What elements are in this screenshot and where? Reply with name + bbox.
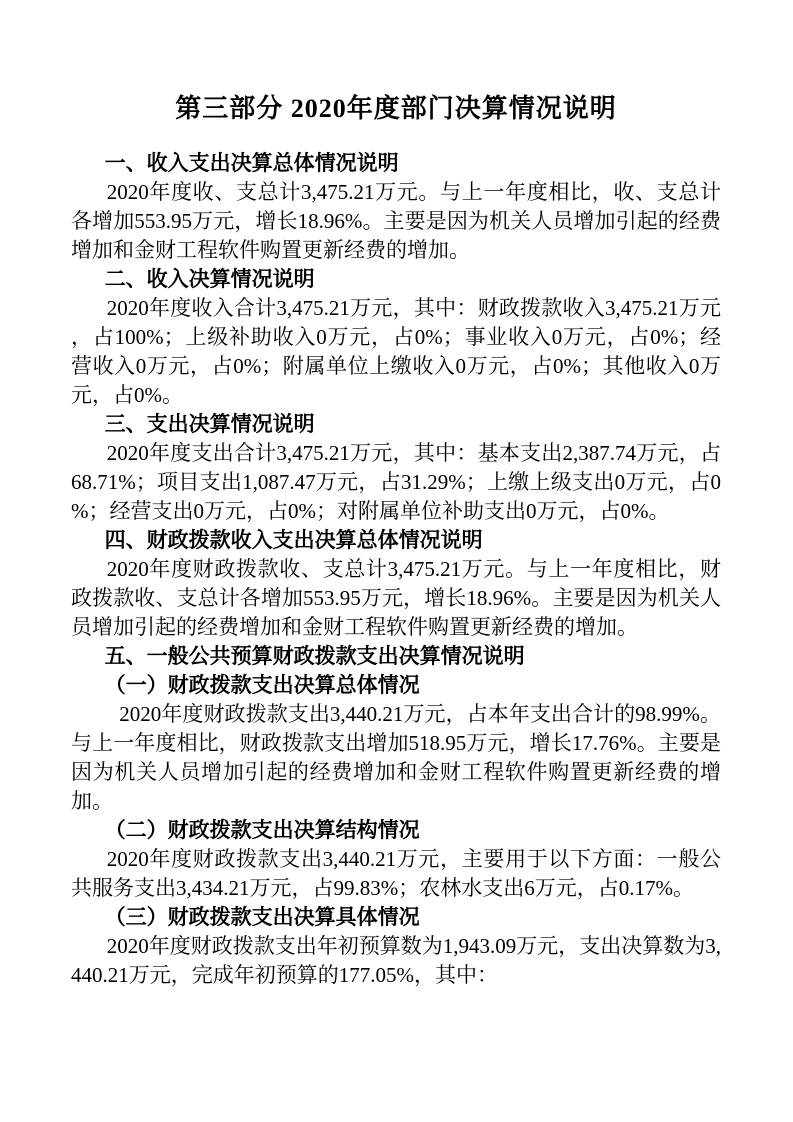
section-income-details: 二、收入决算情况说明 2020年度收入合计3,475.21万元，其中：财政拨款收… [71, 265, 721, 410]
subsection-1-heading: （一）财政拨款支出决算总体情况 [71, 671, 721, 700]
section-2-heading: 二、收入决算情况说明 [71, 265, 721, 294]
section-3-paragraph: 2020年度支出合计3,475.21万元，其中：基本支出2,387.74万元，占… [71, 439, 721, 526]
section-1-paragraph: 2020年度收、支总计3,475.21万元。与上一年度相比，收、支总计各增加55… [71, 178, 721, 265]
subsection-expenditure-specifics: （三）财政拨款支出决算具体情况 2020年度财政拨款支出年初预算数为1,943.… [71, 903, 721, 990]
section-fiscal-appropriation-overview: 四、财政拨款收入支出决算总体情况说明 2020年度财政拨款收、支总计3,475.… [71, 526, 721, 642]
section-4-paragraph: 2020年度财政拨款收、支总计3,475.21万元。与上一年度相比，财政拨款收、… [71, 555, 721, 642]
subsection-2-heading: （二）财政拨款支出决算结构情况 [71, 816, 721, 845]
section-3-heading: 三、支出决算情况说明 [71, 410, 721, 439]
document-page: 第三部分 2020年度部门决算情况说明 一、收入支出决算总体情况说明 2020年… [0, 0, 793, 1122]
section-1-heading: 一、收入支出决算总体情况说明 [71, 149, 721, 178]
section-2-paragraph: 2020年度收入合计3,475.21万元，其中：财政拨款收入3,475.21万元… [71, 294, 721, 410]
section-4-heading: 四、财政拨款收入支出决算总体情况说明 [71, 526, 721, 555]
section-expenditure-details: 三、支出决算情况说明 2020年度支出合计3,475.21万元，其中：基本支出2… [71, 410, 721, 526]
subsection-2-paragraph: 2020年度财政拨款支出3,440.21万元，主要用于以下方面：一般公共服务支出… [71, 845, 721, 903]
subsection-3-paragraph: 2020年度财政拨款支出年初预算数为1,943.09万元，支出决算数为3,440… [71, 932, 721, 990]
subsection-expenditure-overall: （一）财政拨款支出决算总体情况 2020年度财政拨款支出3,440.21万元，占… [71, 671, 721, 816]
section-income-expenditure-overview: 一、收入支出决算总体情况说明 2020年度收、支总计3,475.21万元。与上一… [71, 149, 721, 265]
subsection-expenditure-structure: （二）财政拨款支出决算结构情况 2020年度财政拨款支出3,440.21万元，主… [71, 816, 721, 903]
subsection-3-heading: （三）财政拨款支出决算具体情况 [71, 903, 721, 932]
subsection-1-paragraph: 2020年度财政拨款支出3,440.21万元，占本年支出合计的98.99%。与上… [71, 700, 721, 816]
section-5-heading: 五、一般公共预算财政拨款支出决算情况说明 [71, 642, 721, 671]
section-public-budget-expenditure: 五、一般公共预算财政拨款支出决算情况说明 （一）财政拨款支出决算总体情况 202… [71, 642, 721, 990]
document-title: 第三部分 2020年度部门决算情况说明 [71, 93, 721, 125]
